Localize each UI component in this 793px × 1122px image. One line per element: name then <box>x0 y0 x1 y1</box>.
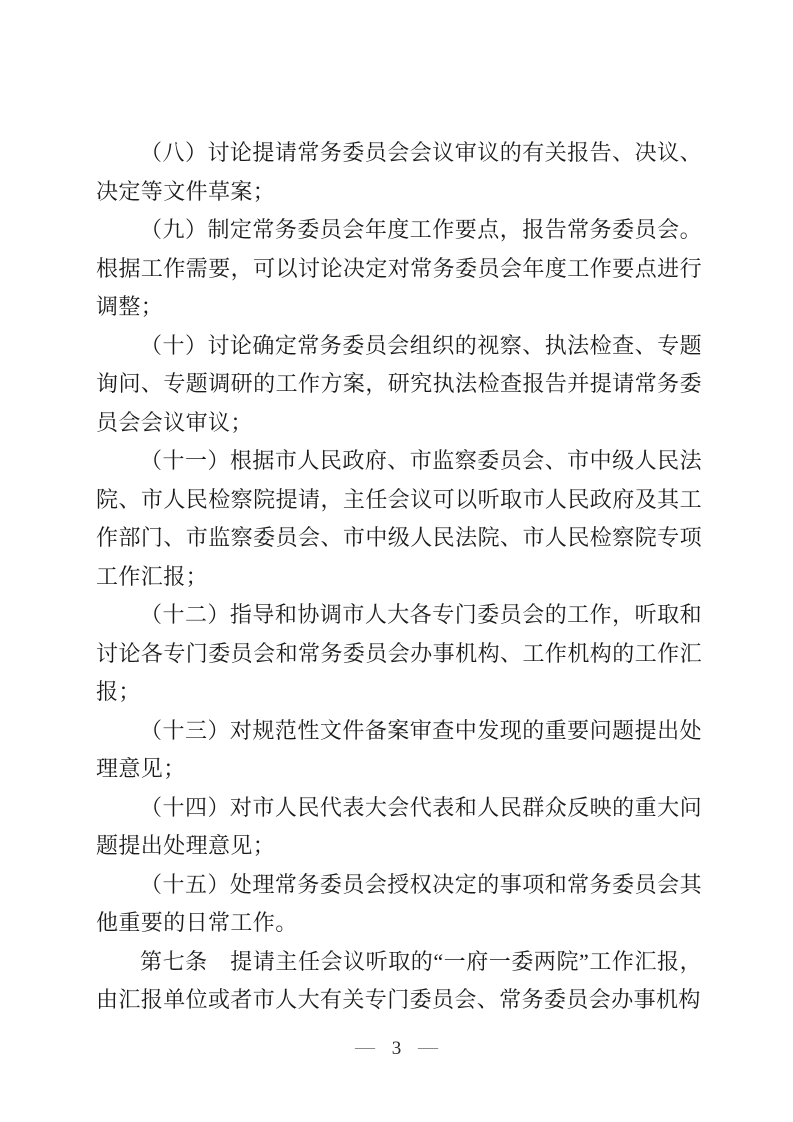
paragraph-clause-10: （十）讨论确定常务委员会组织的视察、执法检查、专题询问、专题调研的工作方案，研究… <box>96 327 702 443</box>
paragraph-clause-15: （十五）处理常务委员会授权决定的事项和常务委员会其他重要的日常工作。 <box>96 866 702 943</box>
paragraph-clause-12: （十二）指导和协调市人大各专门委员会的工作，听取和讨论各专门委员会和常务委员会办… <box>96 596 702 712</box>
paragraph-clause-14: （十四）对市人民代表大会代表和人民群众反映的重大问题提出处理意见； <box>96 789 702 866</box>
paragraph-article-7: 第七条 提请主任会议听取的“一府一委两院”工作汇报，由汇报单位或者市人大有关专门… <box>96 943 702 1020</box>
paragraph-clause-13: （十三）对规范性文件备案审查中发现的重要问题提出处理意见； <box>96 712 702 789</box>
paragraph-clause-9: （九）制定常务委员会年度工作要点，报告常务委员会。根据工作需要，可以讨论决定对常… <box>96 211 702 327</box>
footer-dash-right: — <box>418 1036 438 1058</box>
document-page: （八）讨论提请常务委员会会议审议的有关报告、决议、决定等文件草案； （九）制定常… <box>0 0 793 1122</box>
paragraph-clause-11: （十一）根据市人民政府、市监察委员会、市中级人民法院、市人民检察院提请，主任会议… <box>96 442 702 596</box>
document-body: （八）讨论提请常务委员会会议审议的有关报告、决议、决定等文件草案； （九）制定常… <box>96 134 702 1020</box>
footer-dash-left: — <box>355 1036 375 1058</box>
paragraph-clause-8: （八）讨论提请常务委员会会议审议的有关报告、决议、决定等文件草案； <box>96 134 702 211</box>
page-footer: — 3 — <box>0 1034 793 1063</box>
page-number: 3 <box>392 1035 402 1063</box>
